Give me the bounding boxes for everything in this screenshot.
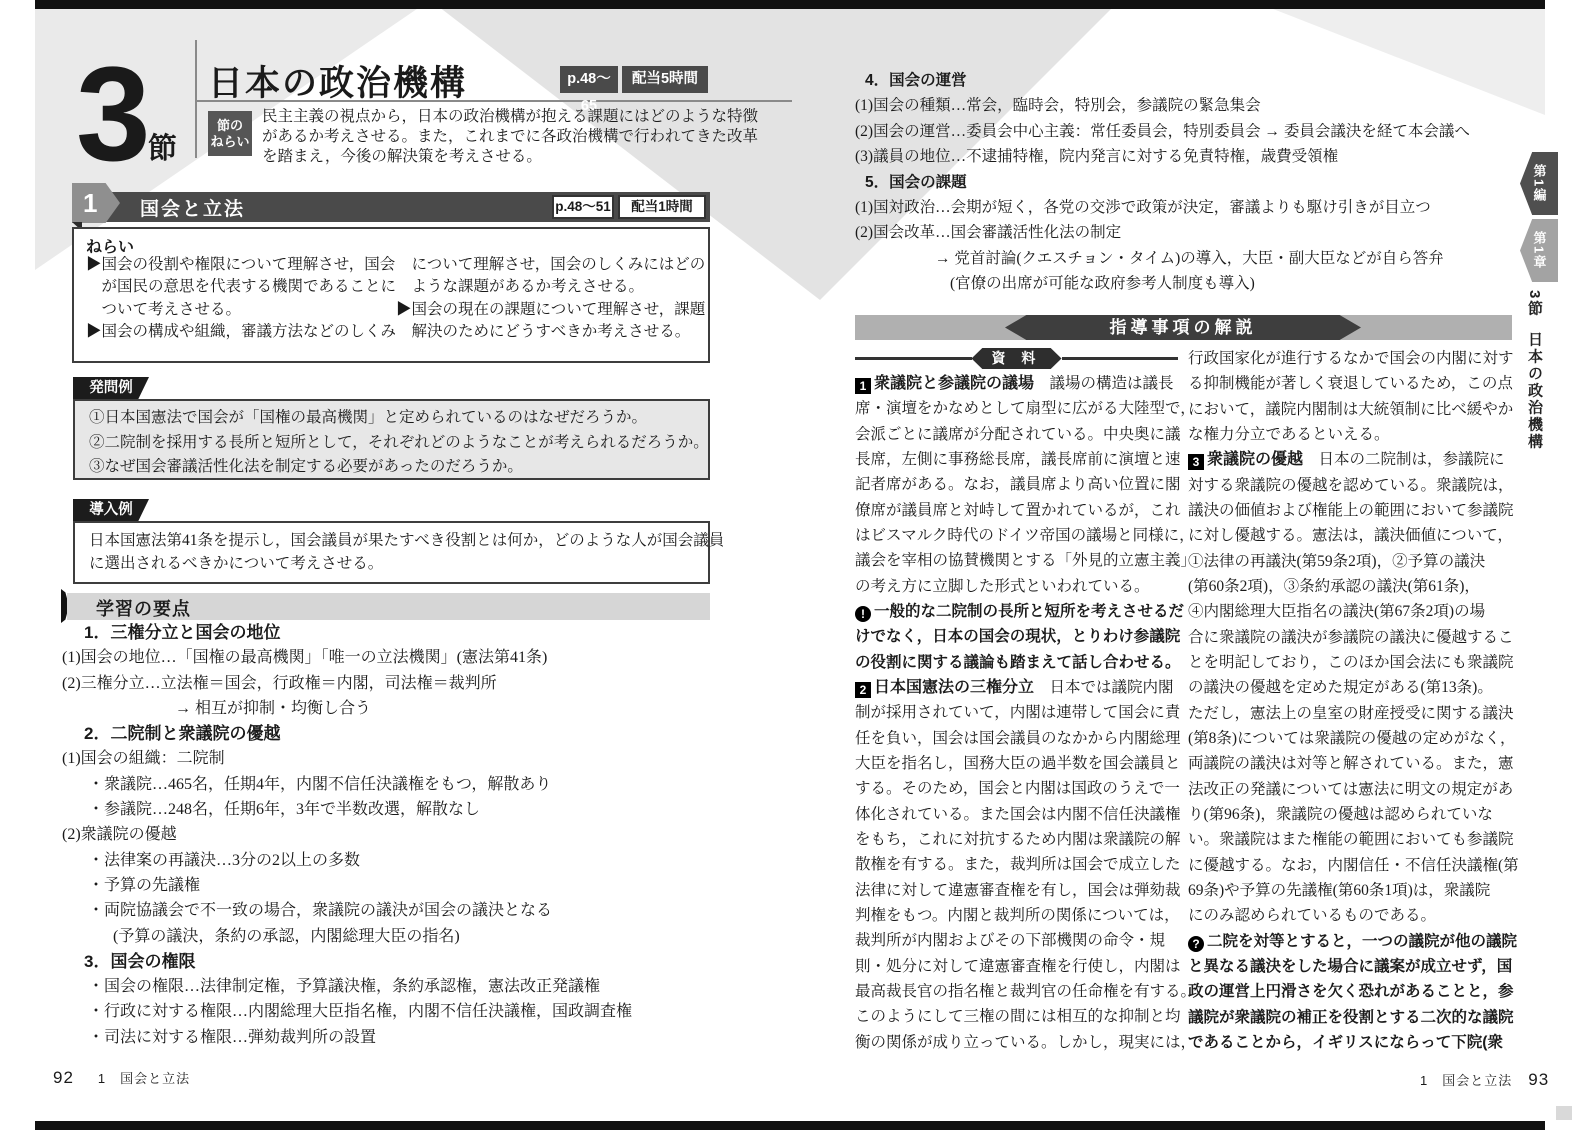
study-point-line: ・予算の先議権 bbox=[62, 873, 710, 898]
footer-right: 1 国会と立法93 bbox=[1420, 1070, 1549, 1090]
lesson-title: 国会と立法 bbox=[140, 194, 245, 221]
line-text: (2)衆議院の優越 bbox=[62, 826, 177, 843]
study-points-list-right: 4．国会の運営(1)国会の種類…常会，臨時会，特別会，参議院の緊急集会(2)国会… bbox=[855, 68, 1515, 297]
aim-bullet-line: が国民の意思を代表する機関であることに bbox=[86, 276, 386, 298]
commentary-line: に優越する。なお，内閣信任・不信任決議権(第 bbox=[1188, 853, 1514, 878]
line-text: 行政国家化が進行するなかで国会の内閣に対す bbox=[1188, 350, 1514, 367]
commentary-line: 長席，左側に事務総長席，議長席前に演壇と速 bbox=[855, 447, 1179, 472]
study-point-line: (2)国会改革…国会審議活性化法の制定 bbox=[855, 220, 1515, 245]
line-text: にのみ認められているものである。 bbox=[1188, 907, 1436, 924]
commentary-line: 法改正の発議については憲法に明文の規定があ bbox=[1188, 777, 1514, 802]
study-points-list-left: 1．三権分立と国会の地位(1)国会の地位…「国権の最高機関」「唯一の立法機関」(… bbox=[62, 620, 710, 1050]
line-text: 法改正の発議については憲法に明文の規定があ bbox=[1188, 781, 1513, 798]
line-text: 1．三権分立と国会の地位 bbox=[84, 623, 280, 642]
line-text: 僚席が議員席と対峙して置かれているが，これ bbox=[855, 502, 1181, 519]
commentary-line: い。衆議院はまた権能の範囲においても参議院 bbox=[1188, 827, 1514, 852]
line-text: に優越する。なお，内閣信任・不信任決議権(第 bbox=[1188, 857, 1519, 874]
line-text: を踏まえ，今後の解決策を考えさせる。 bbox=[262, 148, 542, 165]
header-divider-vertical bbox=[195, 40, 197, 158]
commentary-line: このようにして三権の間には相互的な抑制と均 bbox=[855, 1004, 1179, 1029]
introduction-example-box: 日本国憲法第41条を提示し，国会議員が果たすべき役割とは何か，どのような人が国会… bbox=[73, 521, 710, 584]
line-text: (2)国会改革…国会審議活性化法の制定 bbox=[855, 224, 1121, 241]
commentary-line: ただし，憲法上の皇室の財産授受に関する議決 bbox=[1188, 701, 1514, 726]
study-point-line: 1．三権分立と国会の地位 bbox=[62, 620, 710, 645]
commentary-line: な権力分立であるといえる。 bbox=[1188, 422, 1514, 447]
line-text: ・予算の先議権 bbox=[88, 877, 200, 894]
line-text: (官僚の出席が可能な政府参考人制度も導入) bbox=[950, 275, 1255, 292]
introduction-line: 日本国憲法第41条を提示し，国会議員が果たすべき役割とは何か，どのような人が国会… bbox=[89, 529, 708, 552]
commentary-line: 任を負い，国会は国会議員のなかから内閣総理 bbox=[855, 726, 1179, 751]
line-text: とを明記しており，このほか国会法にも衆議院 bbox=[1188, 654, 1514, 671]
line-text: 体化されている。また国会は内閣不信任決議権 bbox=[855, 806, 1181, 823]
commentary-line: 散権を有する。また，裁判所は国会で成立した bbox=[855, 852, 1179, 877]
study-point-line: ・司法に対する権限…弾劾裁判所の設置 bbox=[62, 1025, 710, 1050]
sidebar-section-caption: 3節日本の政治機構 bbox=[1524, 290, 1545, 570]
commentary-line: の役割に関する議論も踏まえて話し合わせる。 bbox=[855, 650, 1179, 675]
line-text: と異なる議決をした場合に議案が成立せず，国 bbox=[1188, 958, 1512, 975]
aim-bullet-line: ▶国会の構成や組織，審議方法などのしくみ bbox=[86, 321, 386, 343]
line-text: 69条)や予算の先議権(第60条1項)は，衆議院 bbox=[1188, 882, 1490, 899]
line-text: ④内閣総理大臣指名の議決(第67条2項)の場 bbox=[1188, 603, 1485, 620]
aim-bullet-line: ▶国会の現在の課題について理解させ，課題 bbox=[396, 299, 702, 321]
commentary-column-left: 1衆議院と参議院の議場 議場の構造は議長席・演壇をかなめとして扇型に広がる大陸型… bbox=[855, 371, 1179, 1055]
study-point-line: ・衆議院…465名，任期4年，内閣不信任決議権をもつ，解散あり bbox=[62, 772, 710, 797]
commentary-line: において，議院内閣制は大統領制に比べ緩やか bbox=[1188, 397, 1514, 422]
line-text: 法律に対して違憲審査権を有し，国会は弾劾裁 bbox=[855, 882, 1181, 899]
line-text: について理解させ，国会のしくみにはどの bbox=[396, 256, 705, 273]
line-text: ③なぜ国会審議活性化法を制定する必要があったのだろうか。 bbox=[89, 458, 523, 475]
commentary-line: り(第96条)，衆議院の優越は認められていな bbox=[1188, 802, 1514, 827]
commentary-line: する。そのため，国会と内閣は国政のうえで一 bbox=[855, 776, 1179, 801]
line-text: 2．二院制と衆議院の優越 bbox=[84, 724, 280, 743]
sidebar-section-number: 3節 bbox=[1526, 290, 1543, 317]
aim-bullet-line: について理解させ，国会のしくみにはどの bbox=[396, 254, 702, 276]
line-text: 会派ごとに議席が分配されている。中央奥に議 bbox=[855, 426, 1181, 443]
commentary-line: 記者席がある。なお，議員席より高い位置に閣 bbox=[855, 472, 1179, 497]
line-text: (3)議員の地位…不逮捕特権，院内発言に対する免責特権，歳費受領権 bbox=[855, 148, 1338, 165]
line-text: ただし，憲法上の皇室の財産授受に関する議決 bbox=[1188, 705, 1514, 722]
question-examples-box: ①日本国憲法で国会が「国権の最高機関」と定められているのはなぜだろうか。②二院制… bbox=[73, 399, 710, 480]
edition-tab-label: 第1編 bbox=[1530, 164, 1549, 203]
line-text: が国民の意思を代表する機関であることに bbox=[86, 278, 396, 295]
commentary-line: 議院が衆議院の補正を役割とする二次的な議院 bbox=[1188, 1005, 1514, 1030]
line-text: → 党首討論(クエスチョン・タイム)の導入，大臣・副大臣などが自ら答弁 bbox=[935, 250, 1444, 267]
line-text: 則・処分に対して違憲審査権を行使し，内閣は bbox=[855, 958, 1181, 975]
line-text: (1)国会の種類…常会，臨時会，特別会，参議院の緊急集会 bbox=[855, 97, 1261, 114]
line-text: (1)国会の組織：二院制 bbox=[62, 750, 225, 767]
line-text: (1)国会の地位…「国権の最高機関」「唯一の立法機関」(憲法第41条) bbox=[62, 649, 547, 666]
commentary-line: 体化されている。また国会は内閣不信任決議権 bbox=[855, 802, 1179, 827]
aim-bullet-line: ような課題があるか考えさせる。 bbox=[396, 276, 702, 298]
aim-bullet-line: ▶国会の役割や権限について理解させ，国会 bbox=[86, 254, 386, 276]
commentary-line: ?二院を対等とすると，一つの議院が他の議院 bbox=[1188, 929, 1514, 954]
line-text: 民主主義の視点から，日本の政治機構が抱える課題にはどのような特徴 bbox=[262, 108, 758, 125]
study-point-line: ・法律案の再議決…3分の2以上の多数 bbox=[62, 848, 710, 873]
line-text: 大臣を指名し，国務大臣の過半数を国会議員と bbox=[855, 755, 1181, 772]
aims-column-2: について理解させ，国会のしくみにはどの ような課題があるか考えさせる。▶国会の現… bbox=[396, 254, 702, 343]
line-text: ような課題があるか考えさせる。 bbox=[396, 278, 644, 295]
commentary-line: る抑制機能が著しく衰退しているため，この点 bbox=[1188, 371, 1514, 396]
line-text: に対し優越する。憲法は，議決価値について， bbox=[1188, 527, 1513, 544]
commentary-line: 制が採用されていて，内閣は連帯して国会に責 bbox=[855, 700, 1179, 725]
section-aim-tag: 節の ねらい bbox=[208, 111, 252, 156]
commentary-line: 則・処分に対して違憲審査権を行使し，内閣は bbox=[855, 954, 1179, 979]
commentary-line: 行政国家化が進行するなかで国会の内閣に対す bbox=[1188, 346, 1514, 371]
corner-print-mark bbox=[1556, 1106, 1572, 1120]
line-text: 記者席がある。なお，議員席より高い位置に閣 bbox=[855, 476, 1181, 493]
study-point-line: ・国会の権限…法律制定権，予算議決権，条約承認権，憲法改正発議権 bbox=[62, 974, 710, 999]
line-text: 議院が衆議院の補正を役割とする二次的な議院 bbox=[1188, 1009, 1514, 1026]
study-point-line: → 相互が抑制・均衡し合う bbox=[62, 696, 710, 721]
line-text: (第60条2項)，③条約承認の議決(第61条)， bbox=[1188, 578, 1480, 595]
line-text: の役割に関する議論も踏まえて話し合わせる。 bbox=[855, 654, 1181, 671]
lead-text: 日本国憲法の三権分立 bbox=[874, 679, 1034, 696]
commentary-line: 会派ごとに議席が分配されている。中央奥に議 bbox=[855, 422, 1179, 447]
line-text: 合に衆議院の議決が参議院の議決に優越するこ bbox=[1188, 629, 1514, 646]
commentary-line: と異なる議決をした場合に議案が成立せず，国 bbox=[1188, 954, 1514, 979]
line-text: 日本国憲法第41条を提示し，国会議員が果たすべき役割とは何か，どのような人が国会… bbox=[89, 532, 724, 549]
line-text: けでなく，日本の国会の現状，とりわけ参議院 bbox=[855, 628, 1180, 645]
aim-line: 民主主義の視点から，日本の政治機構が抱える課題にはどのような特徴 bbox=[262, 107, 802, 127]
commentary-line: 大臣を指名し，国務大臣の過半数を国会議員と bbox=[855, 751, 1179, 776]
commentary-line: 議会を宰相の協賛機関とする「外見的立憲主義」 bbox=[855, 548, 1179, 573]
line-text: ▶国会の現在の課題について理解させ，課題 bbox=[396, 301, 705, 318]
commentary-line: 対する衆議院の優越を認めている。衆議院は， bbox=[1188, 473, 1514, 498]
commentary-line: 2日本国憲法の三権分立 日本では議院内閣 bbox=[855, 675, 1179, 700]
commentary-line: 裁判所が内閣およびその下部機関の命令・規 bbox=[855, 928, 1179, 953]
aim-line: があるか考えさせる。また，これまでに各政治機構で行われてきた改革 bbox=[262, 127, 802, 147]
line-text: 判権をもつ。内閣と裁判所の関係については， bbox=[855, 907, 1180, 924]
commentary-line: に対し優越する。憲法は，議決価値について， bbox=[1188, 523, 1514, 548]
line-text: 議会を宰相の協賛機関とする「外見的立憲主義」 bbox=[855, 552, 1196, 569]
commentary-line: はビスマルク時代のドイツ帝国の議場と同様に， bbox=[855, 523, 1179, 548]
line-text: 議決の価値および権能上の範囲において参議院 bbox=[1188, 502, 1514, 519]
page-range-badge: p.48～65 bbox=[560, 66, 618, 93]
line-text: 両議院の議決は対等と解されている。また，憲 bbox=[1188, 755, 1514, 772]
line-text: をもち，これに対抗するため内閣は衆議院の解 bbox=[855, 831, 1181, 848]
lead-text: 衆議院の優越 bbox=[1207, 451, 1303, 468]
line-text: 4．国会の運営 bbox=[865, 72, 967, 89]
section-unit: 節 bbox=[148, 126, 177, 167]
line-text: ・国会の権限…法律制定権，予算議決権，条約承認権，憲法改正発議権 bbox=[88, 978, 600, 995]
introduction-example-tag: 導入例 bbox=[73, 499, 149, 521]
study-point-line: (1)国会の種類…常会，臨時会，特別会，参議院の緊急集会 bbox=[855, 93, 1515, 118]
study-point-line: (1)国対政治…会期が短く，各党の交渉で政策が決定，審議よりも駆け引きが目立つ bbox=[855, 195, 1515, 220]
study-point-line: (2)三権分立…立法権＝国会，行政権＝内閣，司法権＝裁判所 bbox=[62, 671, 710, 696]
line-text: る抑制機能が著しく衰退しているため，この点 bbox=[1188, 375, 1513, 392]
aim-bullet-line: 解決のためにどうすべきか考えさせる。 bbox=[396, 321, 702, 343]
commentary-line: 3衆議院の優越 日本の二院制は，参議院に bbox=[1188, 447, 1514, 472]
study-point-line: ・両院協議会で不一致の場合，衆議院の議決が国会の議決となる bbox=[62, 898, 710, 923]
sidebar-section-title: 日本の政治機構 bbox=[1526, 331, 1543, 450]
study-point-line: ・参議院…248名，任期6年，3年で半数改選，解散なし bbox=[62, 797, 710, 822]
line-text: 5．国会の課題 bbox=[865, 174, 967, 191]
study-point-line: 5．国会の課題 bbox=[855, 170, 1515, 195]
lead-text: 衆議院と参議院の議場 bbox=[874, 375, 1034, 392]
line-text: 裁判所が内閣およびその下部機関の命令・規 bbox=[855, 932, 1165, 949]
press-bar-bottom bbox=[35, 1121, 1545, 1130]
line-text: 政の運営上円滑さを欠く恐れがあることと，参 bbox=[1188, 983, 1514, 1000]
line-text: 任を負い，国会は国会議員のなかから内閣総理 bbox=[855, 730, 1181, 747]
line-text: ・司法に対する権限…弾劾裁判所の設置 bbox=[88, 1029, 376, 1046]
lesson-page-range-badge: p.48～51 bbox=[552, 195, 614, 219]
commentary-line: とを明記しており，このほか国会法にも衆議院 bbox=[1188, 650, 1514, 675]
footer-label: 1 国会と立法 bbox=[98, 1071, 190, 1086]
commentary-line: 衡の関係が成り立っている。しかし，現実には， bbox=[855, 1030, 1179, 1055]
line-text: ・衆議院…465名，任期4年，内閣不信任決議権をもつ，解散あり bbox=[88, 776, 551, 793]
commentary-line: 最高裁長官の指名権と裁判官の任命権を有する。 bbox=[855, 979, 1179, 1004]
book-spread: 3 節 日本の政治機構 p.48～65 配当5時間 節の ねらい 民主主義の視点… bbox=[0, 0, 1580, 1130]
line-text: ①法律の再議決(第59条2項)，②予算の議決 bbox=[1188, 553, 1485, 570]
commentary-column-right: 行政国家化が進行するなかで国会の内閣に対する抑制機能が著しく衰退しているため，こ… bbox=[1188, 346, 1514, 1055]
attention-circle-icon: ! bbox=[855, 606, 871, 622]
line-text: ▶国会の構成や組織，審議方法などのしくみ bbox=[86, 323, 396, 340]
commentary-line: 法律に対して違憲審査権を有し，国会は弾劾裁 bbox=[855, 878, 1179, 903]
line-text: 散権を有する。また，裁判所は国会で成立した bbox=[855, 856, 1181, 873]
line-text: 制が採用されていて，内閣は連帯して国会に責 bbox=[855, 704, 1180, 721]
commentary-line: 議決の価値および権能上の範囲において参議院 bbox=[1188, 498, 1514, 523]
numbered-square-icon: 2 bbox=[855, 682, 871, 698]
line-text: 衡の関係が成り立っている。しかし，現実には， bbox=[855, 1034, 1196, 1051]
question-line: ①日本国憲法で国会が「国権の最高機関」と定められているのはなぜだろうか。 bbox=[89, 406, 708, 431]
line-text: 最高裁長官の指名権と裁判官の任命権を有する。 bbox=[855, 983, 1196, 1000]
study-point-line: (2)国会の運営…委員会中心主義：常任委員会，特別委員会 → 委員会議決を経て本… bbox=[855, 119, 1515, 144]
line-text: このようにして三権の間には相互的な抑制と均 bbox=[855, 1008, 1181, 1025]
commentary-line: 席・演壇をかなめとして扇型に広がる大陸型で， bbox=[855, 396, 1179, 421]
commentary-line: 両議院の議決は対等と解されている。また，憲 bbox=[1188, 751, 1514, 776]
study-point-line: 4．国会の運営 bbox=[855, 68, 1515, 93]
chapter-tab-label: 第1章 bbox=[1530, 231, 1549, 270]
lesson-hours-badge: 配当1時間 bbox=[618, 195, 706, 219]
line-text: 長席，左側に事務総長席，議長席前に演壇と速 bbox=[855, 451, 1181, 468]
line-text: (予算の議決，条約の承認，内閣総理大臣の指名) bbox=[113, 928, 460, 945]
study-point-line: → 党首討論(クエスチョン・タイム)の導入，大臣・副大臣などが自ら答弁 bbox=[855, 246, 1515, 271]
line-text: 席・演壇をかなめとして扇型に広がる大陸型で， bbox=[855, 400, 1196, 417]
line-text: 3．国会の権限 bbox=[84, 952, 195, 971]
commentary-line: の考え方に立脚した形式といわれている。 bbox=[855, 574, 1179, 599]
line-text: (2)国会の運営…委員会中心主義：常任委員会，特別委員会 → 委員会議決を経て本… bbox=[855, 123, 1470, 140]
line-text: ▶国会の役割や権限について理解させ，国会 bbox=[86, 256, 395, 273]
line-text: があるか考えさせる。また，これまでに各政治機構で行われてきた改革 bbox=[262, 128, 758, 145]
commentary-line: 僚席が議員席と対峙して置かれているが，これ bbox=[855, 498, 1179, 523]
line-text: ・両院協議会で不一致の場合，衆議院の議決が国会の議決となる bbox=[88, 902, 552, 919]
allotted-hours-badge: 配当5時間 bbox=[622, 66, 708, 93]
line-text: な権力分立であるといえる。 bbox=[1188, 426, 1390, 443]
commentary-line: の議決の優越を定めた規定がある(第13条)。 bbox=[1188, 675, 1514, 700]
guidance-commentary-banner: 指導事項の解説 bbox=[855, 315, 1512, 340]
line-text: に選出されるべきかについて考えさせる。 bbox=[89, 555, 383, 572]
line-text: 対する衆議院の優越を認めている。衆議院は， bbox=[1188, 477, 1514, 494]
question-circle-icon: ? bbox=[1188, 936, 1204, 952]
study-point-line: (1)国会の組織：二院制 bbox=[62, 746, 710, 771]
line-text: であることから，イギリスにならって下院(衆 bbox=[1188, 1034, 1503, 1051]
study-point-line: (官僚の出席が可能な政府参考人制度も導入) bbox=[855, 271, 1515, 296]
line-text: (1)国対政治…会期が短く，各党の交渉で政策が決定，審議よりも駆け引きが目立つ bbox=[855, 199, 1431, 216]
line-text: 日本の二院制は，参議院に bbox=[1303, 451, 1505, 468]
material-label-rule-left bbox=[855, 357, 972, 360]
question-examples-tag: 発問例 bbox=[73, 377, 149, 399]
material-label-rule-right bbox=[1062, 357, 1179, 360]
commentary-line: にのみ認められているものである。 bbox=[1188, 903, 1514, 928]
commentary-line: であることから，イギリスにならって下院(衆 bbox=[1188, 1030, 1514, 1055]
line-text: い。衆議院はまた権能の範囲においても参議院 bbox=[1188, 831, 1514, 848]
commentary-line: !一般的な二院制の長所と短所を考えさせるだ bbox=[855, 599, 1179, 624]
aim-bullet-line: ついて考えさせる。 bbox=[86, 299, 386, 321]
line-text: 一般的な二院制の長所と短所を考えさせるだ bbox=[874, 603, 1184, 620]
line-text: の考え方に立脚した形式といわれている。 bbox=[855, 578, 1150, 595]
line-text: → 相互が抑制・均衡し合う bbox=[175, 700, 371, 717]
page-number: 93 bbox=[1528, 1070, 1549, 1089]
guidance-commentary-title: 指導事項の解説 bbox=[1005, 315, 1361, 340]
section-number: 3 bbox=[76, 48, 147, 182]
commentary-line: 合に衆議院の議決が参議院の議決に優越するこ bbox=[1188, 625, 1514, 650]
aims-column-1: ▶国会の役割や権限について理解させ，国会 が国民の意思を代表する機関であることに… bbox=[86, 254, 386, 343]
question-line: ③なぜ国会審議活性化法を制定する必要があったのだろうか。 bbox=[89, 455, 708, 480]
line-text: (2)三権分立…立法権＝国会，行政権＝内閣，司法権＝裁判所 bbox=[62, 675, 497, 692]
commentary-line: をもち，これに対抗するため内閣は衆議院の解 bbox=[855, 827, 1179, 852]
commentary-line: ④内閣総理大臣指名の議決(第67条2項)の場 bbox=[1188, 599, 1514, 624]
line-text: 日本では議院内閣 bbox=[1034, 679, 1174, 696]
line-text: 二院を対等とすると，一つの議院が他の議院 bbox=[1207, 933, 1517, 950]
study-point-line: (3)議員の地位…不逮捕特権，院内発言に対する免責特権，歳費受領権 bbox=[855, 144, 1515, 169]
section-aim-text: 民主主義の視点から，日本の政治機構が抱える課題にはどのような特徴があるか考えさせ… bbox=[262, 107, 802, 167]
line-text: 解決のためにどうすべきか考えさせる。 bbox=[396, 323, 690, 340]
numbered-square-icon: 3 bbox=[1188, 454, 1204, 470]
line-text: り(第96条)，衆議院の優越は認められていな bbox=[1188, 806, 1493, 823]
question-line: ②二院制を採用する長所と短所として，それぞれどのようなことが考えられるだろうか。 bbox=[89, 431, 708, 456]
commentary-line: 69条)や予算の先議権(第60条1項)は，衆議院 bbox=[1188, 878, 1514, 903]
study-point-line: 3．国会の権限 bbox=[62, 949, 710, 974]
commentary-line: 1衆議院と参議院の議場 議場の構造は議長 bbox=[855, 371, 1179, 396]
material-label: 資 料 bbox=[855, 348, 1178, 369]
commentary-line: 政の運営上円滑さを欠く恐れがあることと，参 bbox=[1188, 979, 1514, 1004]
page-title: 日本の政治機構 bbox=[208, 56, 467, 106]
line-text: ①日本国憲法で国会が「国権の最高機関」と定められているのはなぜだろうか。 bbox=[89, 409, 647, 426]
study-point-line: (2)衆議院の優越 bbox=[62, 822, 710, 847]
study-point-line: 2．二院制と衆議院の優越 bbox=[62, 721, 710, 746]
line-text: において，議院内閣制は大統領制に比べ緩やか bbox=[1188, 401, 1513, 418]
line-text: ・法律案の再議決…3分の2以上の多数 bbox=[88, 852, 360, 869]
line-text: 議場の構造は議長 bbox=[1034, 375, 1174, 392]
line-text: する。そのため，国会と内閣は国政のうえで一 bbox=[855, 780, 1180, 797]
commentary-line: 判権をもつ。内閣と裁判所の関係については， bbox=[855, 903, 1179, 928]
study-points-title: 学習の要点 bbox=[96, 595, 191, 621]
line-text: ・参議院…248名，任期6年，3年で半数改選，解散なし bbox=[88, 801, 480, 818]
commentary-line: (第60条2項)，③条約承認の議決(第61条)， bbox=[1188, 574, 1514, 599]
material-label-text: 資 料 bbox=[972, 348, 1062, 369]
line-text: ・行政に対する権限…内閣総理大臣指名権，内閣不信任決議権，国政調査権 bbox=[88, 1003, 632, 1020]
commentary-line: (第8条)については衆議院の優越の定めがなく， bbox=[1188, 726, 1514, 751]
footer-left: 921 国会と立法 bbox=[53, 1068, 190, 1088]
commentary-line: ①法律の再議決(第59条2項)，②予算の議決 bbox=[1188, 549, 1514, 574]
aim-line: を踏まえ，今後の解決策を考えさせる。 bbox=[262, 147, 802, 167]
line-text: ②二院制を採用する長所と短所として，それぞれどのようなことが考えられるだろうか。 bbox=[89, 434, 709, 451]
study-point-line: (1)国会の地位…「国権の最高機関」「唯一の立法機関」(憲法第41条) bbox=[62, 645, 710, 670]
study-point-line: (予算の議決，条約の承認，内閣総理大臣の指名) bbox=[62, 924, 710, 949]
press-bar-top bbox=[35, 0, 1545, 9]
footer-label: 1 国会と立法 bbox=[1420, 1073, 1512, 1088]
introduction-line: に選出されるべきかについて考えさせる。 bbox=[89, 552, 708, 575]
line-text: ついて考えさせる。 bbox=[86, 301, 241, 318]
page-number: 92 bbox=[53, 1068, 74, 1087]
line-text: の議決の優越を定めた規定がある(第13条)。 bbox=[1188, 679, 1493, 696]
commentary-line: けでなく，日本の国会の現状，とりわけ参議院 bbox=[855, 624, 1179, 649]
line-text: はビスマルク時代のドイツ帝国の議場と同様に， bbox=[855, 527, 1195, 544]
study-point-line: ・行政に対する権限…内閣総理大臣指名権，内閣不信任決議権，国政調査権 bbox=[62, 999, 710, 1024]
numbered-square-icon: 1 bbox=[855, 378, 871, 394]
line-text: (第8条)については衆議院の優越の定めがなく， bbox=[1188, 730, 1515, 747]
